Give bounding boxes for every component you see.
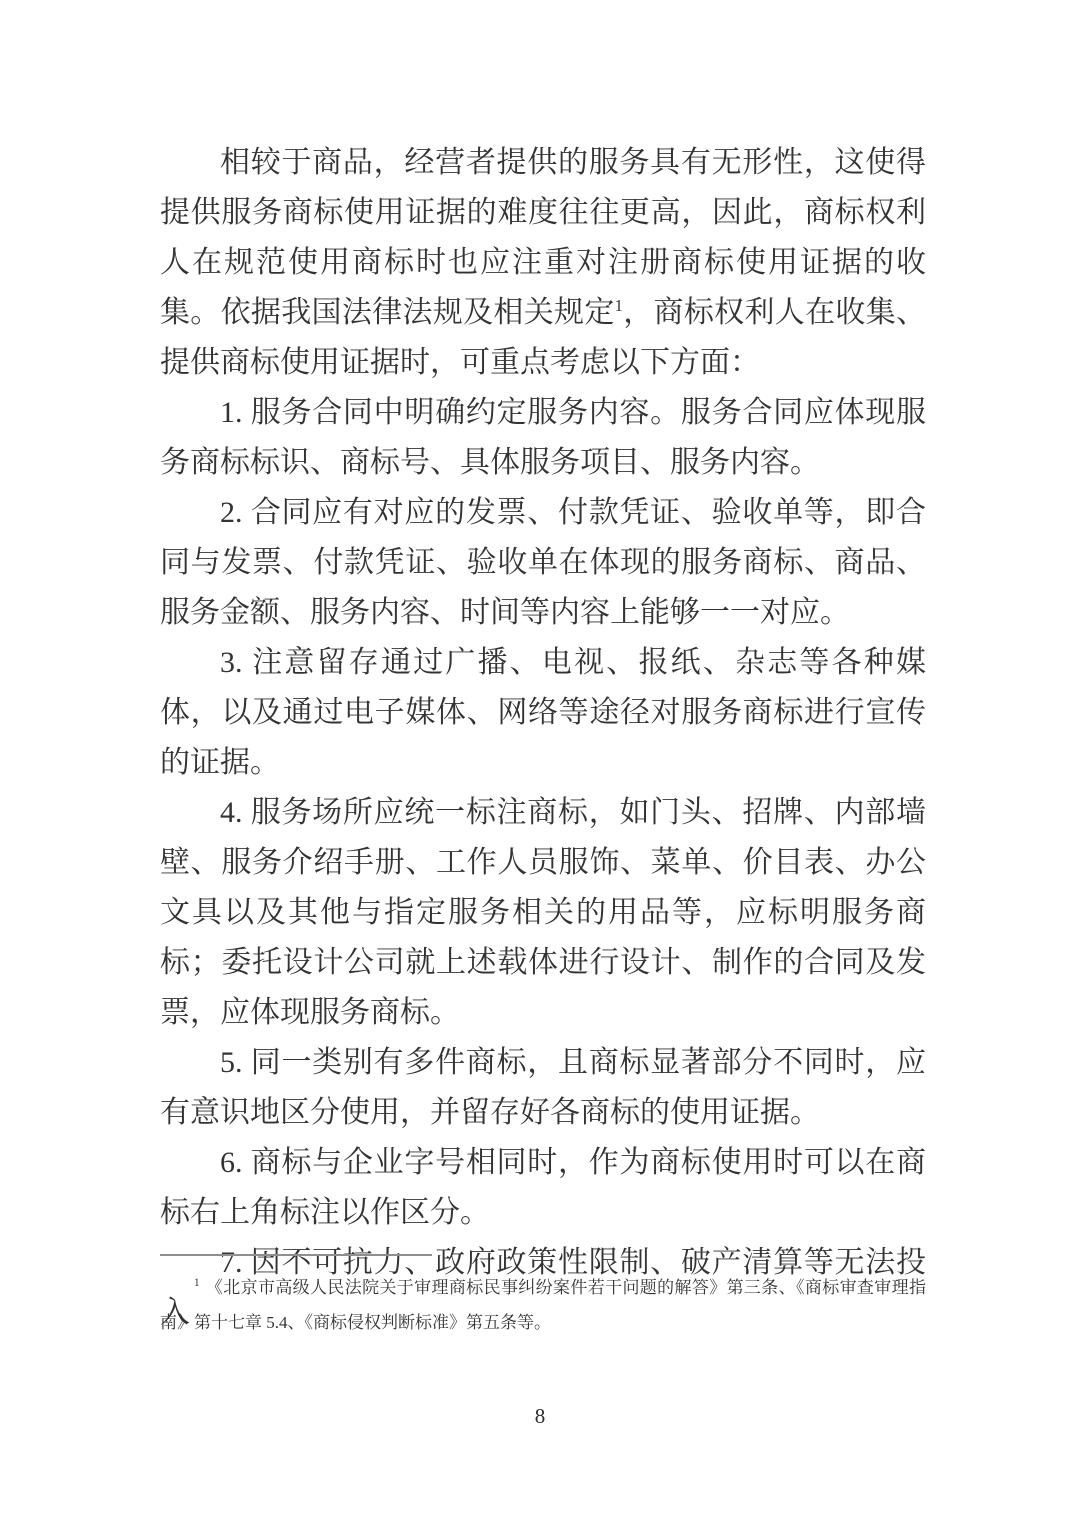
page-number: 8	[0, 1404, 1080, 1429]
footnote-marker: 1	[194, 1277, 200, 1289]
footnote-citation: 《北京市高级人民法院关于审理商标民事纠纷案件若干问题的解答》第三条、《商标审查审…	[160, 1278, 926, 1332]
list-item-5: 5. 同一类别有多件商标，且商标显著部分不同时，应有意识地区分使用，并留存好各商…	[160, 1038, 926, 1138]
footnote-separator	[160, 1254, 432, 1256]
list-item-6: 6. 商标与企业字号相同时，作为商标使用时可以在商标右上角标注以作区分。	[160, 1138, 926, 1238]
paragraph-intro: 相较于商品，经营者提供的服务具有无形性，这使得提供服务商标使用证据的难度往往更高…	[160, 138, 926, 388]
document-page: 相较于商品，经营者提供的服务具有无形性，这使得提供服务商标使用证据的难度往往更高…	[0, 0, 1080, 1526]
footnote-reference-mark: 1	[615, 296, 623, 315]
list-item-4: 4. 服务场所应统一标注商标，如门头、招牌、内部墙壁、服务介绍手册、工作人员服饰…	[160, 788, 926, 1038]
list-item-2: 2. 合同应有对应的发票、付款凭证、验收单等，即合同与发票、付款凭证、验收单在体…	[160, 488, 926, 638]
footnote-block: 1《北京市高级人民法院关于审理商标民事纠纷案件若干问题的解答》第三条、《商标审查…	[160, 1254, 926, 1340]
list-item-1: 1. 服务合同中明确约定服务内容。服务合同应体现服务商标标识、商标号、具体服务项…	[160, 388, 926, 488]
list-item-3: 3. 注意留存通过广播、电视、报纸、杂志等各种媒体，以及通过电子媒体、网络等途径…	[160, 638, 926, 788]
body-text-block: 相较于商品，经营者提供的服务具有无形性，这使得提供服务商标使用证据的难度往往更高…	[160, 138, 926, 1338]
footnote-text: 1《北京市高级人民法院关于审理商标民事纠纷案件若干问题的解答》第三条、《商标审查…	[160, 1270, 926, 1340]
